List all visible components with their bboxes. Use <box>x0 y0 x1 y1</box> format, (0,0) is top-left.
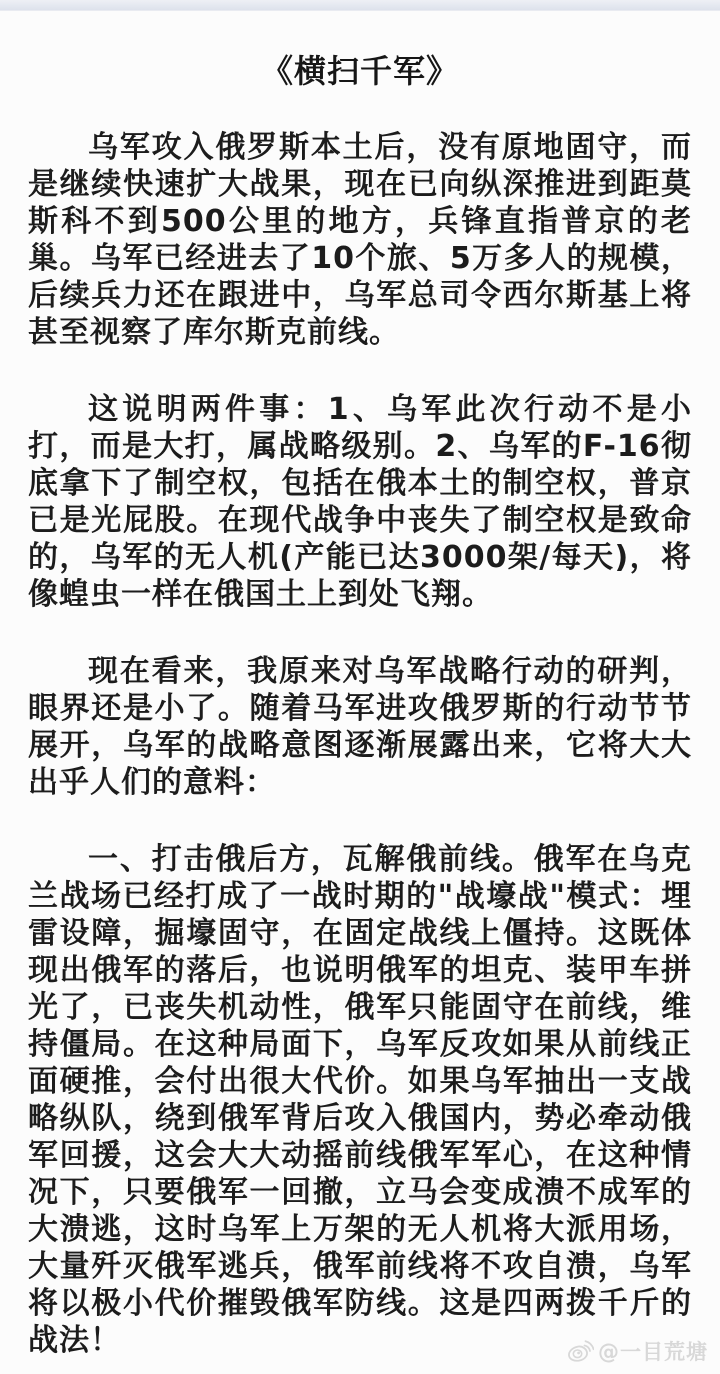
paragraph-4: 一、打击俄后方，瓦解俄前线。俄军在乌克兰战场已经打成了一战时期的"战壕战"模式：… <box>28 841 692 1359</box>
watermark-handle: @一目荒塘 <box>598 1336 708 1366</box>
top-edge-bar <box>0 0 720 11</box>
article-title: 《横扫千军》 <box>28 53 692 89</box>
paragraph-3: 现在看来，我原来对乌军战略行动的研判，眼界还是小了。随着马军进攻俄罗斯的行动节节… <box>28 653 692 801</box>
weibo-icon <box>566 1338 594 1364</box>
paragraph-2: 这说明两件事：1、乌军此次行动不是小打，而是大打，属战略级别。2、乌军的F-16… <box>28 391 692 613</box>
article-body: 《横扫千军》 乌军攻入俄罗斯本土后，没有原地固守，而是继续快速扩大战果，现在已向… <box>0 53 720 1359</box>
paragraph-1: 乌军攻入俄罗斯本土后，没有原地固守，而是继续快速扩大战果，现在已向纵深推进到距莫… <box>28 129 692 351</box>
weibo-watermark: @一目荒塘 <box>566 1336 708 1366</box>
